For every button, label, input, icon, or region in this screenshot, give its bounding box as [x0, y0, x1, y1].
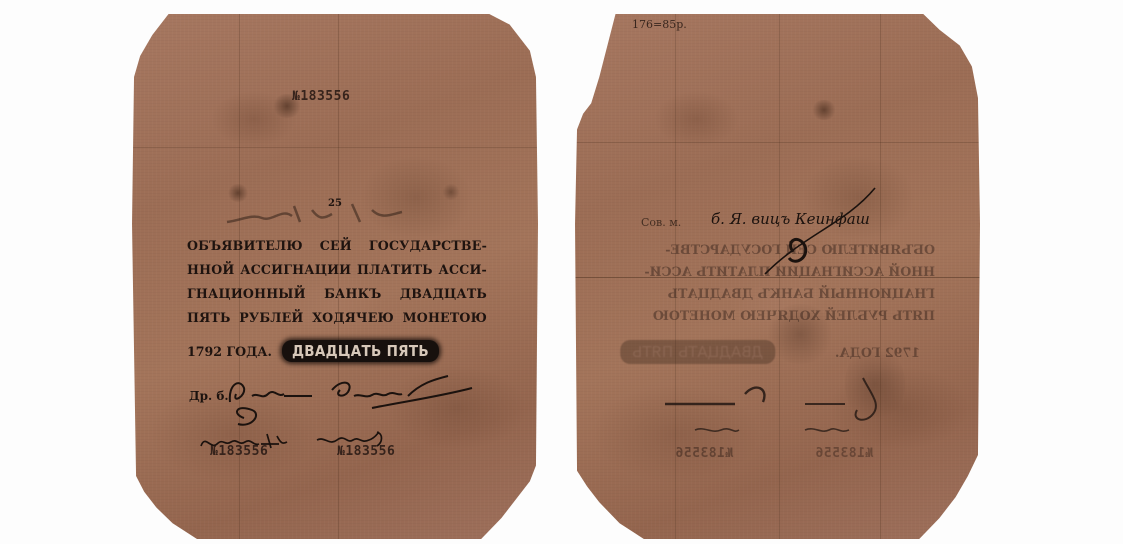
- faint-watermark-script: [222, 200, 422, 230]
- denomination-plate: ДВАДЦАТЬ ПЯТЬ: [282, 340, 439, 362]
- back-signature-prefix: Сов. м.: [641, 216, 681, 229]
- mirrored-line: нной ассигнации платить асси-: [615, 261, 935, 283]
- year-text: 1792 года.: [187, 344, 272, 359]
- banknote-front: №183556 25 Объявителю сей государстве- н…: [132, 14, 538, 539]
- fold-line: [132, 147, 538, 148]
- show-through-serial-left: №183556: [675, 446, 733, 461]
- serial-number-bottom-right: №183556: [337, 444, 395, 459]
- body-line: пять рублей ходячею монетою: [187, 306, 487, 330]
- show-through-signatures: [635, 374, 935, 454]
- serial-number-bottom-left: №183556: [210, 444, 268, 459]
- body-line: гнационный банкъ двадцать: [187, 282, 487, 306]
- banknote-back: 176=85р. Сов. м. б. Я. вицъ Кеинфаш Объя…: [575, 14, 980, 539]
- mirrored-line: гнационный банкъ двадцать: [615, 283, 935, 305]
- show-through-text: Объявителю сей государстве- нной ассигна…: [615, 239, 935, 327]
- show-through-denomination-plate: ДВАДЦАТЬ ПЯТЬ: [620, 340, 775, 364]
- year-line: 1792 года. ДВАДЦАТЬ ПЯТЬ: [187, 340, 439, 362]
- body-line: нной ассигнации платить асси-: [187, 258, 487, 282]
- serial-number-top: №183556: [292, 89, 350, 104]
- mirrored-line: Объявителю сей государстве-: [615, 239, 935, 261]
- pencil-inventory-note: 176=85р.: [632, 18, 687, 31]
- stain: [442, 184, 460, 200]
- mirrored-line: пять рублей ходячею монетою: [615, 305, 935, 327]
- fold-line: [575, 142, 980, 143]
- show-through-serial-right: №183556: [815, 446, 873, 461]
- body-line: Объявителю сей государстве-: [187, 234, 487, 258]
- stain: [811, 100, 837, 120]
- show-through-year: 1792 года.: [835, 342, 920, 364]
- banknote-body-text: Объявителю сей государстве- нной ассигна…: [187, 234, 487, 330]
- photo-stage: №183556 25 Объявителю сей государстве- н…: [0, 0, 1123, 544]
